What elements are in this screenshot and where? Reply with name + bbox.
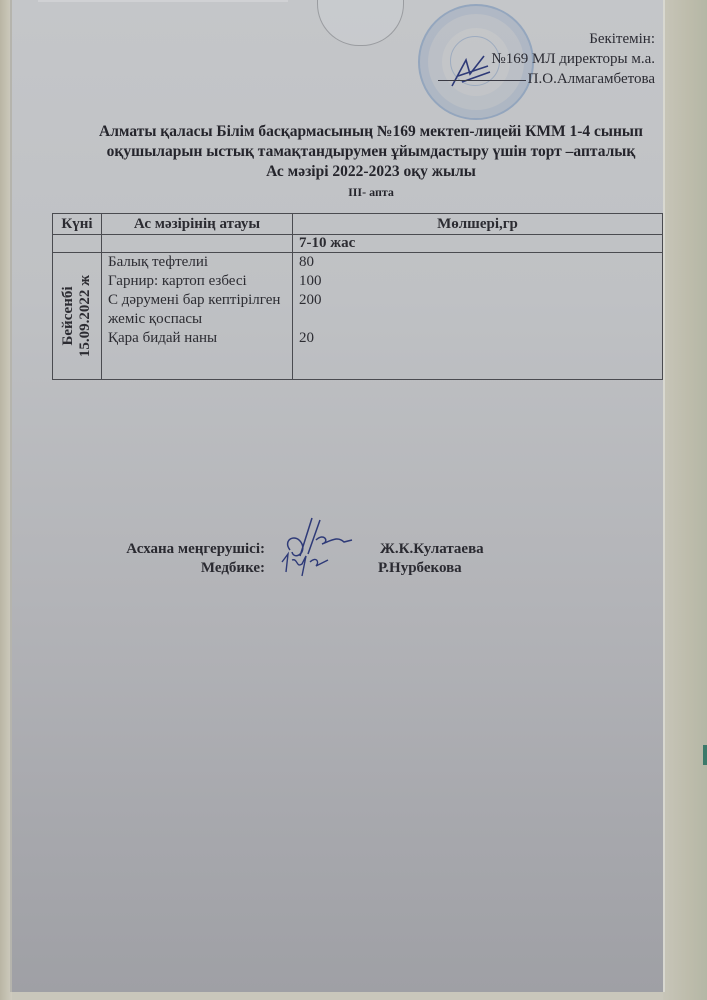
sleeve-edge xyxy=(38,0,288,2)
background-accent xyxy=(703,745,707,765)
menu-items-cell: Балық тефтелиі Гарнир: картоп езбесі С д… xyxy=(102,253,293,380)
approval-name: П.О.Алмагамбетова xyxy=(528,71,655,87)
table-row: Бейсенбі 15.09.2022 ж Балық тефтелиі Гар… xyxy=(53,253,663,380)
table-subheader-row: 7-10 жас xyxy=(53,235,663,253)
menu-item: Балық тефтелиі xyxy=(108,253,286,272)
signature-line xyxy=(438,80,526,81)
menu-item-amount: 100 xyxy=(299,272,656,291)
menu-item-amount: 20 xyxy=(299,329,656,348)
title-line-1: Алматы қаласы Білім басқармасының №169 м… xyxy=(62,122,680,142)
subheader-empty-day xyxy=(53,235,102,253)
title-line-3: Ас мәзірі 2022-2023 оқу жылы xyxy=(62,162,680,182)
age-group: 7-10 жас xyxy=(293,235,663,253)
signature-role: Медбике: xyxy=(120,559,265,578)
day-name: Бейсенбі xyxy=(60,275,77,357)
document-title: Алматы қаласы Білім басқармасының №169 м… xyxy=(62,122,680,202)
menu-item-amount: 200 xyxy=(299,291,656,310)
header-menu-name: Ас мәзірінің атауы xyxy=(102,214,293,235)
header-day: Күні xyxy=(53,214,102,235)
day-date: 15.09.2022 ж xyxy=(77,275,94,357)
day-cell: Бейсенбі 15.09.2022 ж xyxy=(53,253,102,380)
approval-name-line: П.О.Алмагамбетова xyxy=(438,69,655,89)
approval-position: №169 МЛ директоры м.а. xyxy=(438,49,655,69)
menu-table: Күні Ас мәзірінің атауы Мөлшері,гр 7-10 … xyxy=(52,213,663,380)
title-line-2: оқушыларын ыстық тамақтандырумен ұйымдас… xyxy=(62,142,680,162)
amounts-cell: 80 100 200 20 xyxy=(293,253,663,380)
signature-role: Асхана меңгерушісі: xyxy=(120,540,265,559)
sleeve-thumb-notch xyxy=(317,0,404,46)
signature-name: Ж.К.Кулатаева xyxy=(380,540,484,559)
subheader-empty-name xyxy=(102,235,293,253)
header-amount: Мөлшері,гр xyxy=(293,214,663,235)
table-header-row: Күні Ас мәзірінің атауы Мөлшері,гр xyxy=(53,214,663,235)
signature-name: Р.Нурбекова xyxy=(378,559,462,578)
menu-item: Гарнир: картоп езбесі xyxy=(108,272,286,291)
day-label: Бейсенбі 15.09.2022 ж xyxy=(60,275,94,357)
menu-item-continued: жеміс қоспасы xyxy=(108,310,286,329)
approval-block: Бекітемін: №169 МЛ директоры м.а. П.О.Ал… xyxy=(438,29,655,89)
approval-heading: Бекітемін: xyxy=(438,29,655,49)
staff-signature-icon xyxy=(272,510,362,580)
menu-item-amount: 80 xyxy=(299,253,656,272)
week-label: ІІІ- апта xyxy=(348,185,394,199)
menu-item: С дәрумені бар кептірілген xyxy=(108,291,286,310)
menu-item: Қара бидай наны xyxy=(108,329,286,348)
